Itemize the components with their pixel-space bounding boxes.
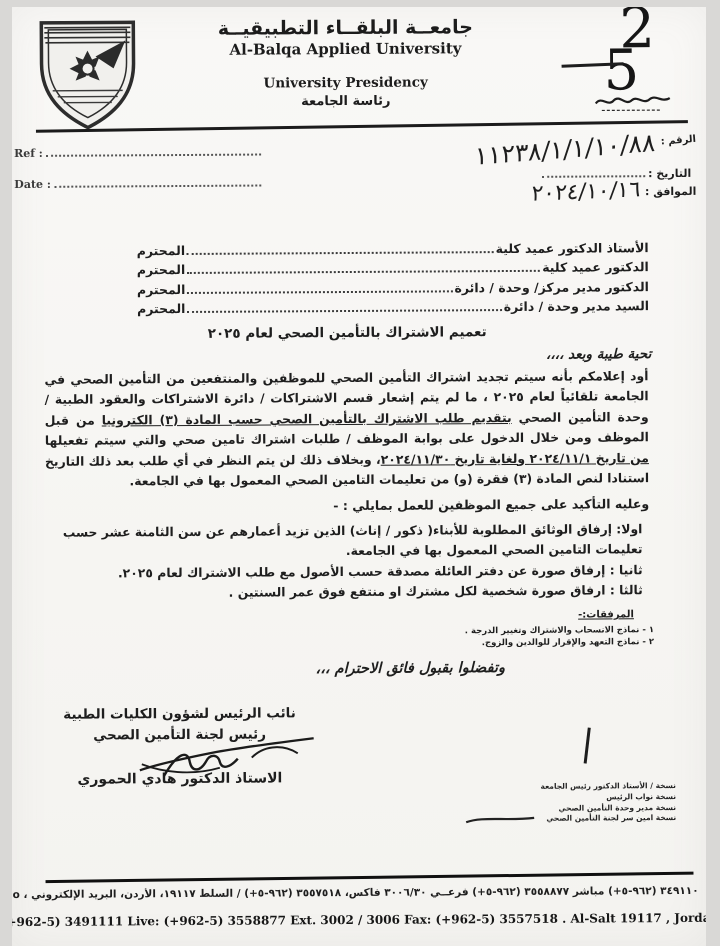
date-label-english: Date : <box>14 178 51 191</box>
attachments-block: المرفقات:- ١ - نماذج الانسحاب والاشتراك … <box>414 609 654 649</box>
item-label: ثالثا : <box>610 582 643 597</box>
corresponding-label: الموافق : <box>645 185 696 198</box>
presidency-english: University Presidency <box>176 74 516 92</box>
addressee-honorific: المحترم <box>137 301 186 316</box>
instruction-item: ثالثا : ارفاق صورة شخصية لكل مشترك او من… <box>53 580 643 604</box>
body-paragraph: أود إعلامكم بأنه سيتم تجديد اشتراك التأم… <box>44 366 649 492</box>
cc-item: نسخة نواب الرئيس <box>480 792 676 804</box>
dotted-line <box>54 185 261 188</box>
addressee-honorific: المحترم <box>137 281 186 296</box>
cc-swoosh-line <box>464 814 536 826</box>
anniversary-calligraphy-icon <box>592 91 674 116</box>
addressee-list: الأستاذ الدكتور عميد كلية المحترم الدكتو… <box>137 235 649 316</box>
addressee-honorific: المحترم <box>137 242 186 257</box>
addressee-row: الأستاذ الدكتور عميد كلية المحترم <box>137 235 649 258</box>
scan-edge-right <box>706 0 720 946</box>
footer-divider <box>46 872 694 883</box>
body-text-underlined: من تاريخ ٢٠٢٤/١١/١ ولغاية تاريخ ٢٠٢٤/١١/… <box>381 450 649 467</box>
item-text: إرفاق صورة عن دفتر العائلة مصدقة حسب الأ… <box>118 562 610 580</box>
document-content: جامعــة البلقــاء التطبيقيــة Al-Balqa A… <box>0 0 711 941</box>
instruction-list: اولا: إرفاق الوثائق المطلوبة للأبناء( ذك… <box>52 519 642 604</box>
dotted-line <box>46 154 261 157</box>
item-text: إرفاق الوثائق المطلوبة للأبناء( ذكور / إ… <box>63 521 643 558</box>
ref-row-english: Ref : <box>14 146 264 161</box>
corresponding-date-handwritten: ٢٠٢٤/١٠/١٦ <box>531 177 642 207</box>
item-text: ارفاق صورة شخصية لكل مشترك او منتفع فوق … <box>229 582 610 599</box>
handwritten-alef-mark <box>584 727 591 763</box>
university-shield-logo <box>35 16 140 133</box>
addressee-title: الأستاذ الدكتور عميد كلية <box>496 240 649 256</box>
attachments-title: المرفقات:- <box>414 609 634 621</box>
addressee-row: الدكتور مدير مركز/ وحدة / دائرة المحترم <box>137 274 649 297</box>
ref-label-english: Ref : <box>14 147 43 160</box>
body-text-underlined: بتقديم طلب الاشتراك بالتأمين الصحي حسب ا… <box>102 410 512 428</box>
footer-contact-arabic: ٣٤٩١١٠ (٩٦٢-٥+) مباشر ٣٥٥٨٨٧٧ (٩٦٢-٥+) ف… <box>5 885 699 901</box>
addressee-row: الدكتور عميد كلية المحترم <box>137 255 649 278</box>
scanned-letter: { "header": { "name_ar": "جامعــة البلقـ… <box>0 0 720 946</box>
attachment-item: ٢ - نماذج التعهد والإقرار للوالدين والزو… <box>414 636 654 649</box>
anniversary-25-logo: ♛ 2 5 <box>575 0 688 120</box>
signature-scribble-icon <box>134 733 320 786</box>
dotted-leader <box>187 270 540 274</box>
scan-edge-left <box>0 0 12 946</box>
addressee-title: الدكتور مدير مركز/ وحدة / دائرة <box>454 279 649 295</box>
signature-block: نائب الرئيس لشؤون الكليات الطبية رئيس لج… <box>29 703 330 791</box>
addressee-title: الدكتور عميد كلية <box>542 259 649 275</box>
dotted-leader <box>187 309 501 313</box>
item-label: ثانيا : <box>610 562 643 577</box>
shield-icon <box>35 16 140 133</box>
footer-contact-english: (+962-5) 3491111 Live: (+962-5) 3558877 … <box>1 911 711 929</box>
corresponding-date-row: الموافق : ٢٠٢٤/١٠/١٦ <box>498 179 696 205</box>
scan-edge-top <box>0 0 720 7</box>
dotted-leader <box>187 251 494 255</box>
dotted-leader <box>187 290 452 294</box>
addressee-honorific: المحترم <box>137 262 186 277</box>
letterhead-title-block: جامعــة البلقــاء التطبيقيــة Al-Balqa A… <box>175 16 516 110</box>
closing-line: وتفضلوا بقبول فائق الاحترام ،،، <box>284 660 536 678</box>
directive-line: وعليه التأكيد على جميع الموظفين للعمل بم… <box>45 496 649 515</box>
instruction-item: اولا: إرفاق الوثائق المطلوبة للأبناء( ذك… <box>52 519 642 563</box>
subject-line: تعميم الاشتراك بالتأمين الصحي لعام ٢٠٢٥ <box>167 324 527 342</box>
reference-number-handwritten: ١١٢٣٨/١/١/١٠/٨٨ <box>475 128 657 171</box>
date-row-english: Date : <box>14 177 264 192</box>
addressee-title: السيد مدير وحدة / دائرة <box>504 298 649 314</box>
reference-number-label: الرقم : <box>660 134 696 148</box>
signatory-title-1: نائب الرئيس لشؤون الكليات الطبية <box>29 703 329 726</box>
greeting-line: تحية طيبة وبعد ،،،، <box>427 346 651 363</box>
addressee-row: السيد مدير وحدة / دائرة المحترم <box>137 294 649 317</box>
item-label: اولا: <box>616 521 642 536</box>
university-name-arabic: جامعــة البلقــاء التطبيقيــة <box>175 16 515 40</box>
university-name-english: Al-Balqa Applied University <box>175 39 515 59</box>
presidency-arabic: رئاسة الجامعة <box>176 93 516 110</box>
